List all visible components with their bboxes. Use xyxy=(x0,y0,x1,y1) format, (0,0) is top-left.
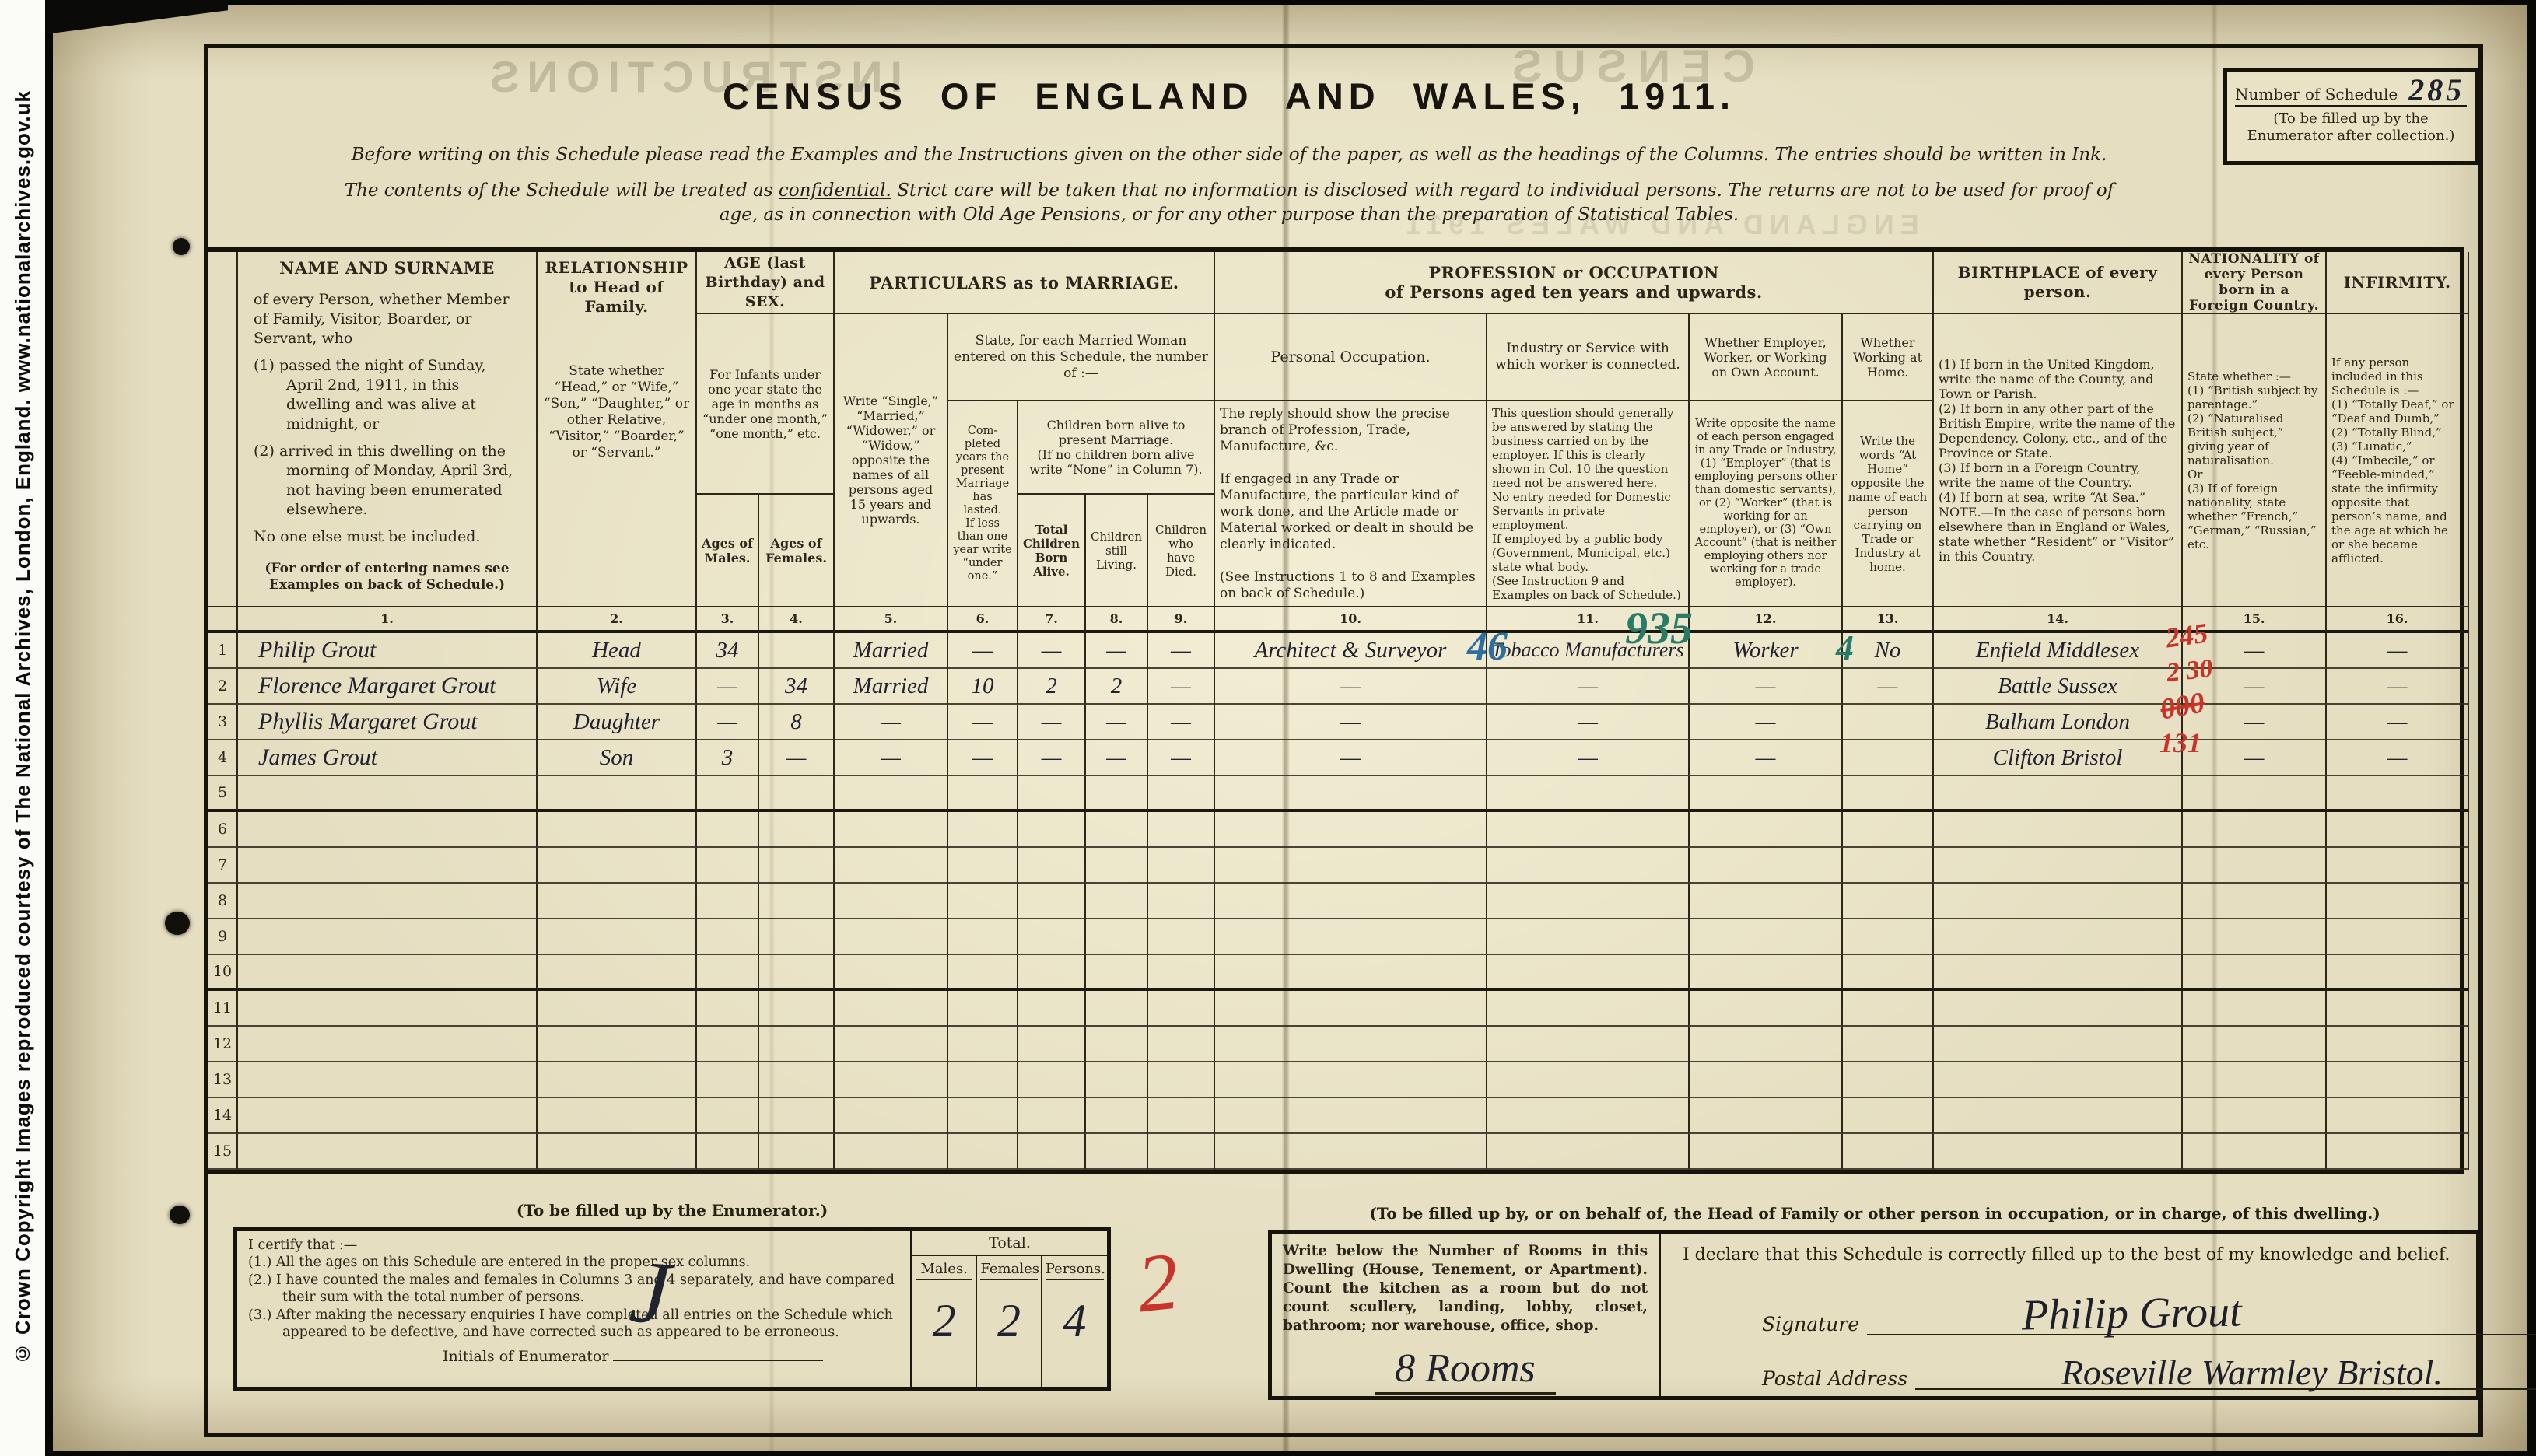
cell-name xyxy=(238,812,538,848)
working-at-home-header: Whether Working at Home. xyxy=(1843,314,1934,401)
cell-marriage-years: — xyxy=(948,633,1018,669)
children-text: Children born alive to present Marriage.… xyxy=(1023,418,1209,477)
cell-industry xyxy=(1487,1027,1690,1062)
cell-relationship xyxy=(538,955,697,991)
cell-industry xyxy=(1487,812,1690,848)
row-number: 8 xyxy=(208,884,238,919)
age-body: For Infants under one year state the age… xyxy=(702,367,828,441)
row-number: 1 xyxy=(208,633,238,669)
cell-birthplace xyxy=(1934,955,2183,991)
cell-age-males xyxy=(697,991,759,1027)
nationality-title: NATIONALITY of every Person born in a Fo… xyxy=(2187,252,2321,313)
cell-children-living xyxy=(1086,776,1148,812)
row-number: 10 xyxy=(208,955,238,991)
signature-handwriting: Philip Grout xyxy=(2021,1287,2242,1341)
cell-relationship xyxy=(538,812,697,848)
name-title: NAME AND SURNAME xyxy=(279,258,495,278)
cell-infirmity xyxy=(2327,848,2469,884)
cell-age-females xyxy=(759,919,835,955)
enumerator-initials-handwriting: J xyxy=(629,1283,670,1302)
cell-name: Phyllis Margaret Grout xyxy=(238,705,538,740)
marriage-single-text: Write “Single,” “Married,” “Widower,” or… xyxy=(839,394,942,527)
cell-age-females: 34 xyxy=(759,669,835,705)
cell-infirmity xyxy=(2327,955,2469,991)
cell-children-living xyxy=(1086,1098,1148,1134)
cell-employment-status xyxy=(1690,1027,1843,1062)
cell-children-born: — xyxy=(1018,633,1086,669)
cell-age-males xyxy=(697,1134,759,1170)
age-females-label: Ages of Females. xyxy=(764,536,828,565)
cell-children-living xyxy=(1086,848,1148,884)
cell-age-males: 3 xyxy=(697,740,759,776)
row-number: 4 xyxy=(208,740,238,776)
name-item2: (2) arrived in this dwelling on the morn… xyxy=(254,442,520,520)
personal-occupation-text: The reply should show the precise branch… xyxy=(1220,406,1481,602)
cell-marriage-condition xyxy=(835,1027,948,1062)
cell-age-females xyxy=(759,1027,835,1062)
cell-occupation xyxy=(1215,1027,1487,1062)
age-title: AGE (last Birthday) and SEX. xyxy=(702,254,828,312)
cell-industry xyxy=(1487,848,1690,884)
cell-nationality xyxy=(2183,1098,2327,1134)
cell-working-at-home xyxy=(1843,1134,1934,1170)
cell-age-males xyxy=(697,1027,759,1062)
cell-marriage-years xyxy=(948,1134,1018,1170)
postal-address-row: Postal Address Roseville Warmley Bristol… xyxy=(1762,1357,2536,1390)
cell-industry: — xyxy=(1487,705,1690,740)
cell-marriage-years xyxy=(948,919,1018,955)
cell-nationality xyxy=(2183,884,2327,919)
cell-working-at-home xyxy=(1843,919,1934,955)
cell-children-died xyxy=(1148,1027,1215,1062)
confidential-pre: The contents of the Schedule will be tre… xyxy=(345,180,779,201)
cell-children-died xyxy=(1148,776,1215,812)
birthplace-value: Clifton Bristol xyxy=(1993,745,2123,771)
cell-industry xyxy=(1487,919,1690,955)
cell-nationality xyxy=(2183,1027,2327,1062)
cell-children-born: — xyxy=(1018,705,1086,740)
cell-infirmity: — xyxy=(2327,705,2469,740)
table-body: 1 Philip Grout Head 34 Married — — — — A… xyxy=(204,633,2464,1174)
children-living-header: Children still Living. xyxy=(1086,495,1148,607)
signature-row: Signature Philip Grout xyxy=(1762,1303,2536,1335)
females-label: Females. xyxy=(980,1256,1037,1280)
cell-marriage-years: — xyxy=(948,740,1018,776)
column-header-nationality: NATIONALITY of every Person born in a Fo… xyxy=(2183,252,2327,314)
cell-working-at-home xyxy=(1843,991,1934,1027)
postal-address-label: Postal Address xyxy=(1762,1367,1907,1390)
persons-value: 4 xyxy=(1063,1294,1086,1348)
column-number: 13. xyxy=(1843,607,1934,633)
cell-occupation: Architect & Surveyor46 xyxy=(1215,633,1487,669)
cell-children-died xyxy=(1148,848,1215,884)
age-males-header: Ages of Males. xyxy=(697,495,759,607)
cell-occupation xyxy=(1215,884,1487,919)
employment-label: Whether Employer, Worker, or Working on … xyxy=(1694,335,1837,380)
cell-infirmity xyxy=(2327,1134,2469,1170)
cell-name xyxy=(238,1027,538,1062)
cell-children-living: — xyxy=(1086,633,1148,669)
cell-children-born xyxy=(1018,848,1086,884)
cell-marriage-years xyxy=(948,1098,1018,1134)
cell-marriage-years xyxy=(948,955,1018,991)
archive-copyright-strip: © Crown Copyright Images reproduced cour… xyxy=(0,0,45,1456)
cell-children-born xyxy=(1018,812,1086,848)
signature-line: Philip Grout xyxy=(1867,1303,2536,1335)
cell-birthplace: Balham London000 xyxy=(1934,705,2183,740)
cell-birthplace xyxy=(1934,991,2183,1027)
cell-working-at-home xyxy=(1843,1027,1934,1062)
row-number: 7 xyxy=(208,848,238,884)
initials-line xyxy=(613,1360,823,1361)
cell-age-females: — xyxy=(759,740,835,776)
personal-occupation-body: The reply should show the precise branch… xyxy=(1215,401,1487,607)
row-number: 12 xyxy=(208,1027,238,1062)
cell-marriage-condition xyxy=(835,919,948,955)
cell-children-living xyxy=(1086,955,1148,991)
cell-occupation xyxy=(1215,1134,1487,1170)
cell-name xyxy=(238,919,538,955)
cell-employment-status xyxy=(1690,1134,1843,1170)
cell-birthplace: Clifton Bristol131 xyxy=(1934,740,2183,776)
cell-occupation xyxy=(1215,776,1487,812)
cell-employment-status xyxy=(1690,848,1843,884)
cell-birthplace xyxy=(1934,1098,2183,1134)
schedule-number-value: 285 xyxy=(2408,77,2464,103)
column-number: 7. xyxy=(1018,607,1086,633)
cell-name: James Grout xyxy=(238,740,538,776)
cell-age-females xyxy=(759,1062,835,1098)
children-total-header: Total Children Born Alive. xyxy=(1018,495,1086,607)
cell-marriage-condition xyxy=(835,884,948,919)
schedule-number-row: Number of Schedule 285 xyxy=(2235,77,2467,107)
cell-marriage-condition xyxy=(835,1098,948,1134)
cell-children-living xyxy=(1086,991,1148,1027)
cell-nationality xyxy=(2183,812,2327,848)
industry-text: This question should generally be answer… xyxy=(1492,406,1683,602)
cell-industry xyxy=(1487,884,1690,919)
cell-name xyxy=(238,1062,538,1098)
cell-marriage-condition xyxy=(835,1134,948,1170)
column-number: 5. xyxy=(835,607,948,633)
enumerator-code: 4 xyxy=(1836,627,1854,668)
marriage-completed-text: Com- pleted years the present Marriage h… xyxy=(953,425,1012,583)
cell-birthplace xyxy=(1934,1027,2183,1062)
cell-children-born: 2 xyxy=(1018,669,1086,705)
column-number: 12. xyxy=(1690,607,1843,633)
certify-item-1: (1.) All the ages on this Schedule are e… xyxy=(248,1255,902,1272)
cell-infirmity xyxy=(2327,884,2469,919)
name-body: of every Person, whether Member of Famil… xyxy=(243,289,531,556)
column-header-name: NAME AND SURNAME of every Person, whethe… xyxy=(238,252,538,607)
cell-age-females xyxy=(759,1098,835,1134)
column-number: 4. xyxy=(759,607,835,633)
page-title: CENSUS OF ENGLAND AND WALES, 1911. xyxy=(233,75,2225,117)
cell-marriage-condition xyxy=(835,955,948,991)
certify-text: I certify that :— (1.) All the ages on t… xyxy=(237,1231,910,1387)
copyright-text: © Crown Copyright Images reproduced cour… xyxy=(11,90,35,1365)
cell-children-born xyxy=(1018,919,1086,955)
cell-children-born xyxy=(1018,1134,1086,1170)
column-number: 6. xyxy=(948,607,1018,633)
cell-nationality xyxy=(2183,919,2327,955)
column-number: 8. xyxy=(1086,607,1148,633)
cell-nationality xyxy=(2183,1134,2327,1170)
column-number: 16. xyxy=(2327,607,2469,633)
initials-row: Initials of Enumerator xyxy=(443,1349,902,1366)
cell-working-at-home xyxy=(1843,955,1934,991)
cell-marriage-years: 10 xyxy=(948,669,1018,705)
cell-industry: — xyxy=(1487,669,1690,705)
punch-hole xyxy=(173,238,190,255)
cell-children-born xyxy=(1018,776,1086,812)
cell-children-died: — xyxy=(1148,705,1215,740)
cell-name xyxy=(238,955,538,991)
cell-marriage-condition xyxy=(835,776,948,812)
cell-marriage-condition: — xyxy=(835,705,948,740)
cell-marriage-condition: — xyxy=(835,740,948,776)
certify-intro: I certify that :— xyxy=(248,1237,902,1255)
column-number: 14. xyxy=(1934,607,2183,633)
cell-name xyxy=(238,991,538,1027)
column-header-infirmity: INFIRMITY. xyxy=(2327,252,2469,314)
enumerator-code: 245 xyxy=(2163,616,2209,654)
totals-columns: Males. 2 Females. 2 Persons. 4 xyxy=(912,1256,1107,1387)
cell-relationship: Daughter xyxy=(538,705,697,740)
employment-status-header: Whether Employer, Worker, or Working on … xyxy=(1690,314,1843,401)
marriage-years-header: Com- pleted years the present Marriage h… xyxy=(948,401,1018,607)
cell-relationship xyxy=(538,884,697,919)
cell-infirmity xyxy=(2327,919,2469,955)
totals-persons: Persons. 4 xyxy=(1042,1256,1107,1387)
age-infants-note: For Infants under one year state the age… xyxy=(697,314,835,495)
cell-marriage-years xyxy=(948,884,1018,919)
cell-employment-status: — xyxy=(1690,705,1843,740)
cell-age-females xyxy=(759,812,835,848)
row-number: 9 xyxy=(208,919,238,955)
relationship-body: State whether “Head,” or “Wife,” “Son,” … xyxy=(542,363,691,461)
cell-employment-status: Worker4 xyxy=(1690,633,1843,669)
certify-item-3: (3.) After making the necessary enquirie… xyxy=(248,1307,902,1341)
cell-infirmity xyxy=(2327,1062,2469,1098)
cell-birthplace xyxy=(1934,884,2183,919)
column-number: 9. xyxy=(1148,607,1215,633)
cell-employment-status xyxy=(1690,776,1843,812)
cell-marriage-years xyxy=(948,991,1018,1027)
cell-age-males xyxy=(697,955,759,991)
cell-occupation xyxy=(1215,848,1487,884)
cell-children-died: — xyxy=(1148,633,1215,669)
cell-marriage-years xyxy=(948,1062,1018,1098)
cell-children-born xyxy=(1018,1062,1086,1098)
cell-infirmity: — xyxy=(2327,633,2469,669)
confidential-word: confidential. xyxy=(779,180,891,201)
cell-birthplace xyxy=(1934,776,2183,812)
cell-birthplace xyxy=(1934,848,2183,884)
nationality-text: State whether :— (1) “British subject by… xyxy=(2187,369,2321,551)
cell-nationality xyxy=(2183,991,2327,1027)
cell-working-at-home xyxy=(1843,705,1934,740)
postal-address-line: Roseville Warmley Bristol. xyxy=(1915,1357,2536,1390)
signature-label: Signature xyxy=(1762,1313,1859,1335)
row-number: 14 xyxy=(208,1098,238,1134)
cell-infirmity: — xyxy=(2327,669,2469,705)
birthplace-body: (1) If born in the United Kingdom, write… xyxy=(1934,314,2183,607)
cell-birthplace: Battle Sussex2 30 xyxy=(1934,669,2183,705)
cell-relationship xyxy=(538,1062,697,1098)
enumerator-code: 131 xyxy=(2159,726,2201,759)
cell-birthplace: Enfield Middlesex245 xyxy=(1934,633,2183,669)
column-number xyxy=(208,607,238,633)
working-at-home-body: Write the words “At Home” opposite the n… xyxy=(1843,401,1934,607)
cell-industry xyxy=(1487,1134,1690,1170)
industry-label: Industry or Service with which worker is… xyxy=(1492,341,1683,373)
cell-occupation xyxy=(1215,1062,1487,1098)
persons-label: Persons. xyxy=(1046,1256,1104,1280)
males-value: 2 xyxy=(933,1294,956,1348)
cell-working-at-home xyxy=(1843,848,1934,884)
cell-working-at-home xyxy=(1843,1098,1934,1134)
enumerator-code: 935 xyxy=(1625,602,1693,654)
marriage-title: PARTICULARS as to MARRIAGE. xyxy=(869,273,1179,292)
cell-name: Philip Grout xyxy=(238,633,538,669)
children-died-label: Children who have Died. xyxy=(1153,523,1209,579)
cell-age-females xyxy=(759,955,835,991)
instruction-line: Before writing on this Schedule please r… xyxy=(233,145,2225,165)
householder-section-heading: (To be filled up by, or on behalf of, th… xyxy=(1268,1204,2482,1223)
cell-age-males: — xyxy=(697,705,759,740)
cell-birthplace xyxy=(1934,1134,2183,1170)
column-header-marriage: PARTICULARS as to MARRIAGE. xyxy=(835,252,1215,314)
birthplace-value: Enfield Middlesex xyxy=(1976,638,2139,663)
cell-marriage-years: — xyxy=(948,705,1018,740)
cell-children-died xyxy=(1148,991,1215,1027)
cell-occupation xyxy=(1215,955,1487,991)
cell-age-males xyxy=(697,1062,759,1098)
cell-children-died xyxy=(1148,1098,1215,1134)
enumerator-code: 46 xyxy=(1467,624,1508,670)
occupation-value: Architect & Surveyor xyxy=(1255,638,1447,663)
cell-infirmity xyxy=(2327,812,2469,848)
cell-children-living: — xyxy=(1086,740,1148,776)
cell-occupation: — xyxy=(1215,669,1487,705)
punch-hole xyxy=(165,912,190,935)
cell-relationship xyxy=(538,1027,697,1062)
row-number: 3 xyxy=(208,705,238,740)
confidential-paragraph: The contents of the Schedule will be tre… xyxy=(335,179,2124,227)
personal-occupation-label: Personal Occupation. xyxy=(1270,348,1430,366)
certify-item-2: (2.) I have counted the males and female… xyxy=(248,1272,902,1306)
enumerator-box: I certify that :— (1.) All the ages on t… xyxy=(233,1227,1111,1391)
cell-children-died xyxy=(1148,919,1215,955)
cell-age-females xyxy=(759,991,835,1027)
cell-employment-status xyxy=(1690,955,1843,991)
cell-age-females xyxy=(759,848,835,884)
personal-occupation-header: Personal Occupation. xyxy=(1215,314,1487,401)
cell-children-living: 2 xyxy=(1086,669,1148,705)
infirmity-title: INFIRMITY. xyxy=(2344,273,2451,292)
birthplace-text: (1) If born in the United Kingdom, write… xyxy=(1939,357,2177,564)
row-number: 11 xyxy=(208,991,238,1027)
cell-name xyxy=(238,776,538,812)
cell-infirmity xyxy=(2327,776,2469,812)
cell-relationship xyxy=(538,1098,697,1134)
rooms-box: Write below the Number of Rooms in this … xyxy=(1272,1234,1661,1396)
cell-children-died xyxy=(1148,884,1215,919)
name-item1: (1) passed the night of Sunday, April 2n… xyxy=(254,356,520,434)
nationality-body: State whether :— (1) “British subject by… xyxy=(2183,314,2327,607)
cell-occupation xyxy=(1215,919,1487,955)
cell-children-living xyxy=(1086,1027,1148,1062)
cell-employment-status: — xyxy=(1690,740,1843,776)
row-number: 5 xyxy=(208,776,238,812)
profession-title: PROFESSION or OCCUPATION of Persons aged… xyxy=(1385,263,1762,302)
cell-children-living xyxy=(1086,919,1148,955)
totals-females: Females. 2 xyxy=(977,1256,1042,1387)
enumerator-code: 2 30 xyxy=(2165,654,2214,688)
males-label: Males. xyxy=(916,1256,972,1280)
cell-age-males: 34 xyxy=(697,633,759,669)
cell-age-females xyxy=(759,776,835,812)
cell-occupation: — xyxy=(1215,705,1487,740)
column-header-profession: PROFESSION or OCCUPATION of Persons aged… xyxy=(1215,252,1934,314)
cell-industry xyxy=(1487,1098,1690,1134)
cell-children-died: — xyxy=(1148,669,1215,705)
infirmity-body: If any person included in this Schedule … xyxy=(2327,314,2469,607)
cell-children-living xyxy=(1086,812,1148,848)
census-table: NAME AND SURNAME of every Person, whethe… xyxy=(204,247,2464,1174)
cell-working-at-home xyxy=(1843,740,1934,776)
total-label: Total. xyxy=(912,1231,1107,1256)
cell-marriage-years xyxy=(948,1027,1018,1062)
cell-nationality xyxy=(2183,848,2327,884)
cell-children-died xyxy=(1148,1062,1215,1098)
industry-body: This question should generally be answer… xyxy=(1487,401,1690,607)
column-number: 2. xyxy=(538,607,697,633)
cell-occupation xyxy=(1215,1098,1487,1134)
initials-label: Initials of Enumerator xyxy=(443,1348,608,1365)
cell-working-at-home xyxy=(1843,884,1934,919)
cell-working-at-home xyxy=(1843,812,1934,848)
cell-children-born: — xyxy=(1018,740,1086,776)
cell-industry xyxy=(1487,955,1690,991)
cell-employment-status xyxy=(1690,991,1843,1027)
employment-value: Worker xyxy=(1732,638,1798,663)
cell-children-born xyxy=(1018,884,1086,919)
cell-nationality xyxy=(2183,1062,2327,1098)
cell-name xyxy=(238,1134,538,1170)
cell-children-born xyxy=(1018,955,1086,991)
column-number: 10. xyxy=(1215,607,1487,633)
cell-relationship: Wife xyxy=(538,669,697,705)
row-number: 13 xyxy=(208,1062,238,1098)
totals-males: Males. 2 xyxy=(912,1256,977,1387)
cell-name xyxy=(238,884,538,919)
cell-birthplace xyxy=(1934,919,2183,955)
cell-employment-status xyxy=(1690,884,1843,919)
row-number: 15 xyxy=(208,1134,238,1170)
cell-employment-status xyxy=(1690,1062,1843,1098)
declaration-text: I declare that this Schedule is correctl… xyxy=(1683,1245,2461,1265)
cell-children-living xyxy=(1086,1134,1148,1170)
cell-age-males xyxy=(697,1098,759,1134)
cell-name xyxy=(238,848,538,884)
cell-nationality: — xyxy=(2183,740,2327,776)
row-number: 6 xyxy=(208,812,238,848)
cell-employment-status xyxy=(1690,919,1843,955)
cell-age-males xyxy=(697,919,759,955)
cell-nationality xyxy=(2183,955,2327,991)
